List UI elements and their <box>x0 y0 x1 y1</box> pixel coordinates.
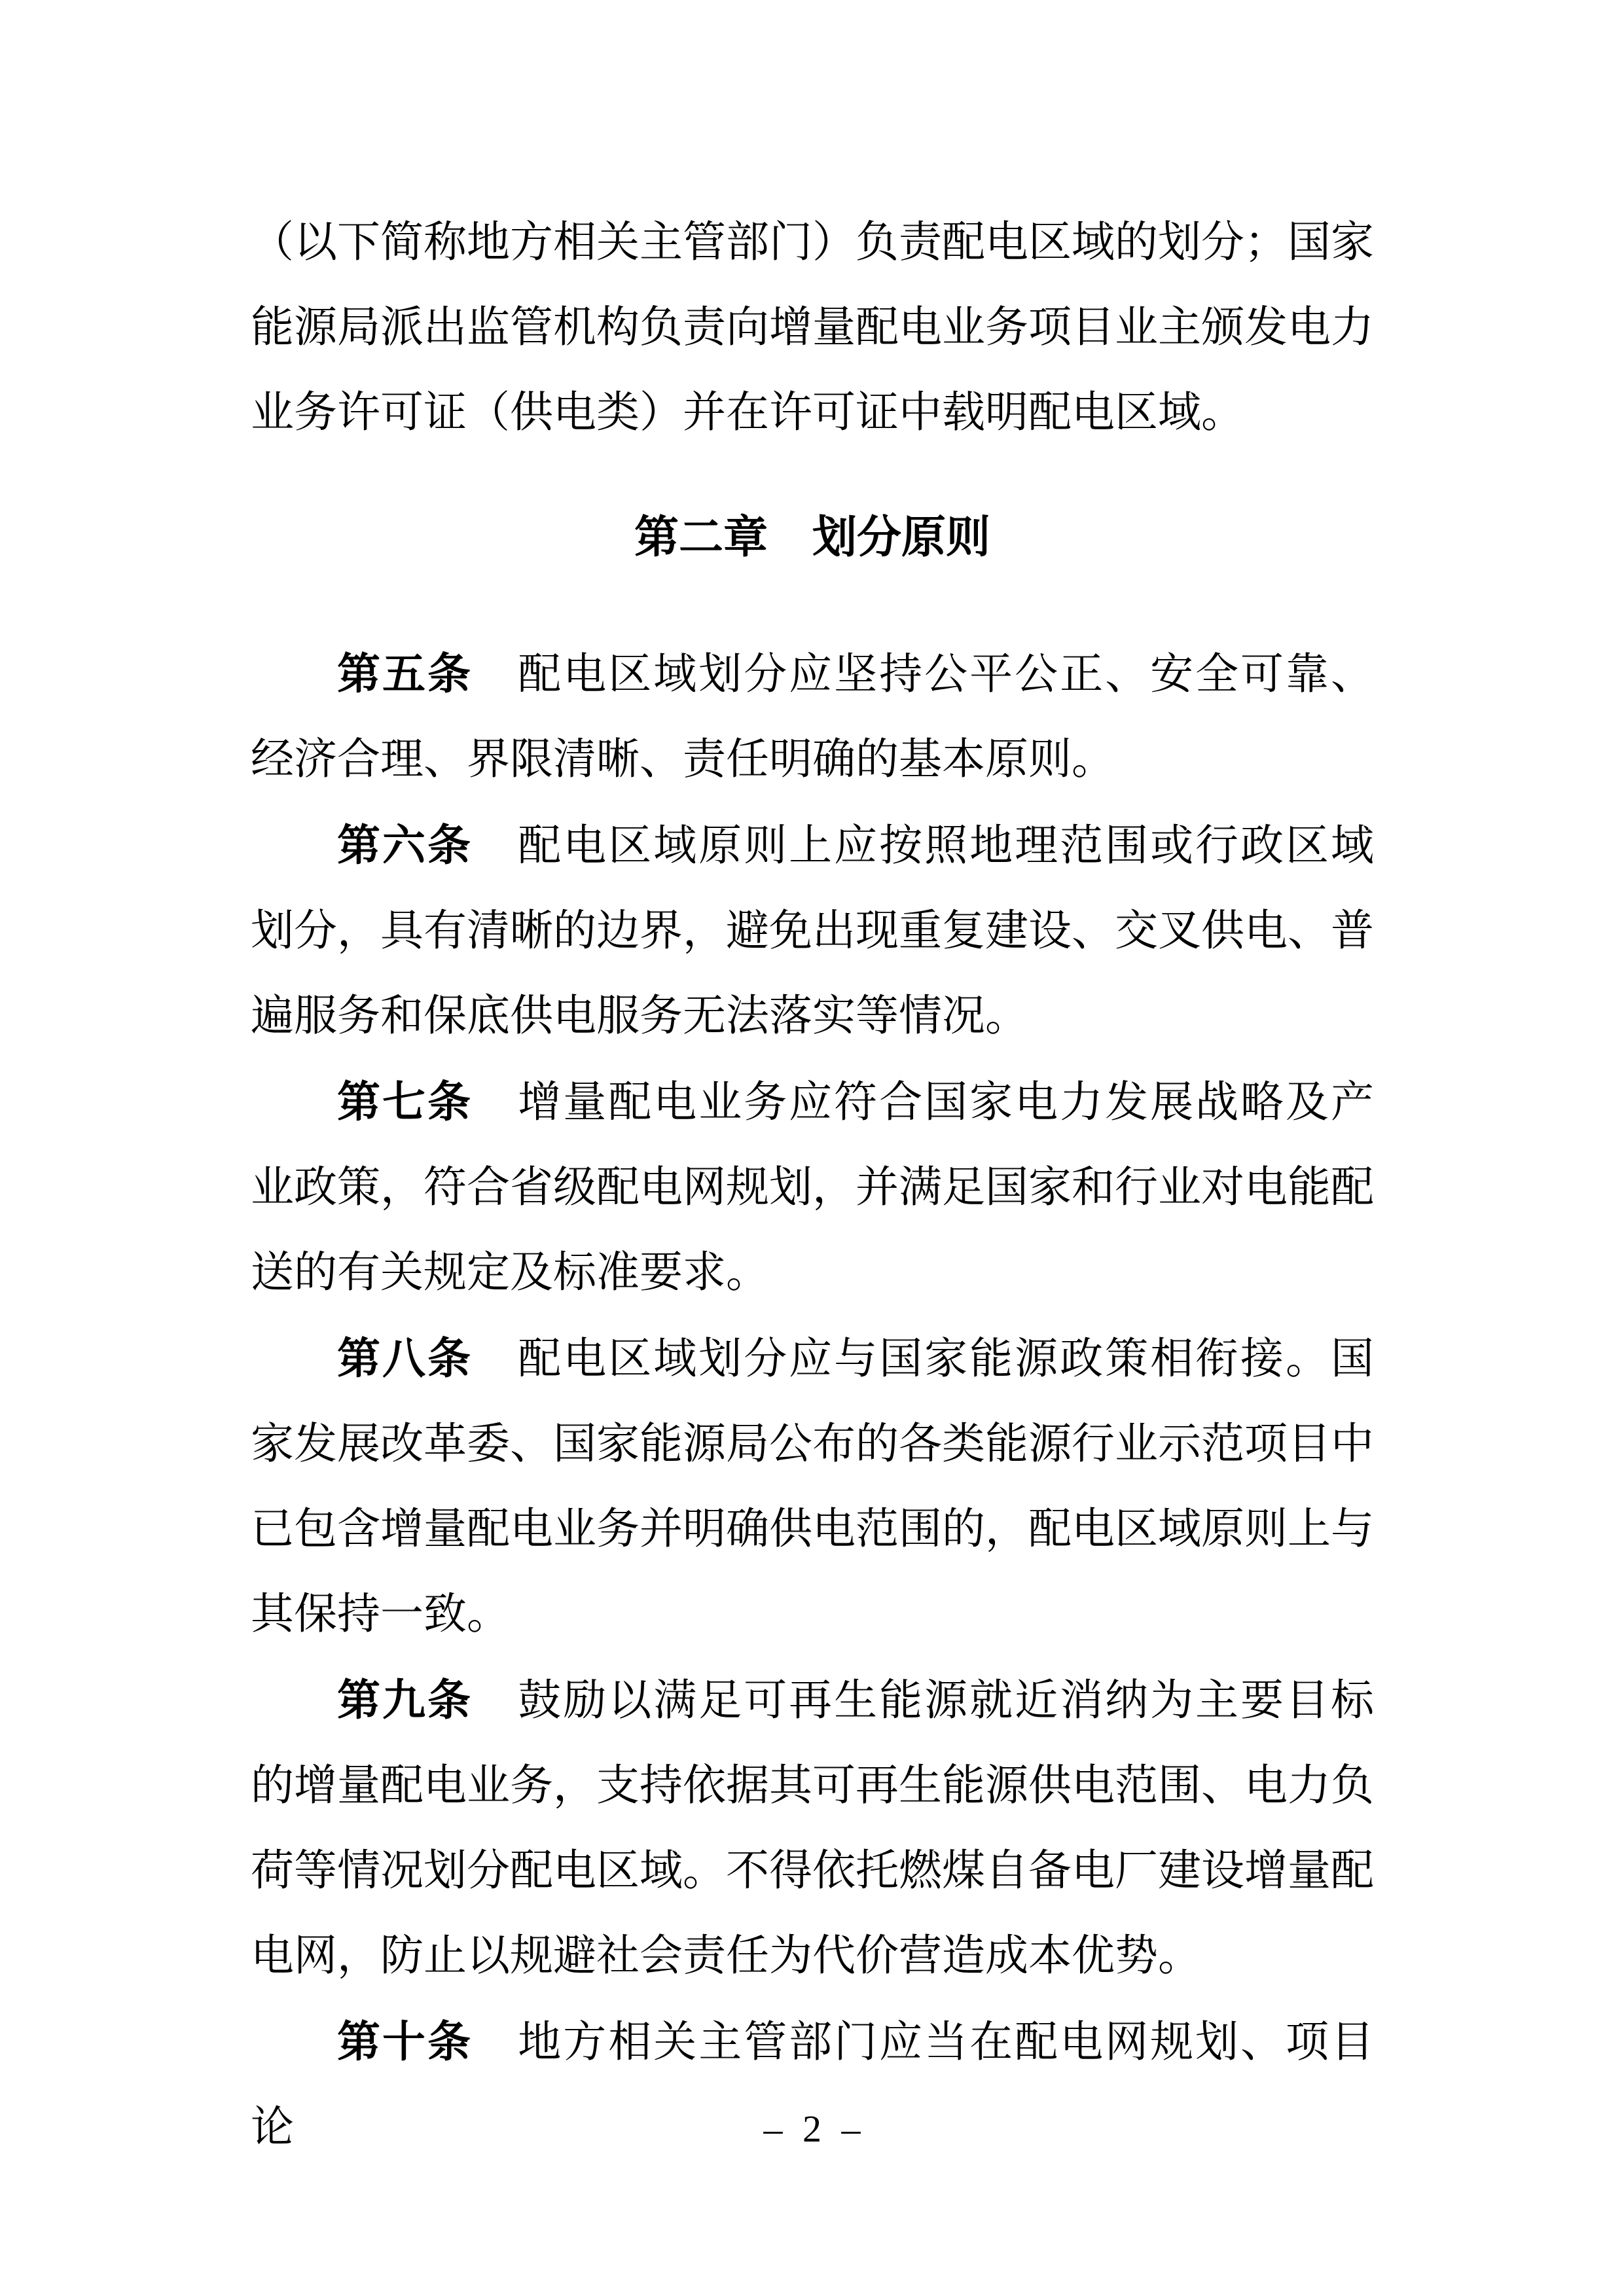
article-label: 第九条 <box>337 1676 473 1724</box>
article-paragraph: 第八条配电区域划分应与国家能源政策相衔接。国家发展改革委、国家能源局公布的各类能… <box>251 1316 1374 1657</box>
page-footer: – 2 – <box>0 2106 1624 2152</box>
article-paragraph: 第六条配电区域原则上应按照地理范围或行政区域划分，具有清晰的边界，避免出现重复建… <box>251 802 1374 1059</box>
intro-paragraph: （以下简称地方相关主管部门）负责配电区域的划分；国家能源局派出监管机构负责向增量… <box>251 200 1374 456</box>
document-content: （以下简称地方相关主管部门）负责配电区域的划分；国家能源局派出监管机构负责向增量… <box>251 200 1374 2170</box>
article-paragraph: 第七条增量配电业务应符合国家电力发展战略及产业政策，符合省级配电网规划，并满足国… <box>251 1059 1374 1316</box>
article-label: 第十条 <box>337 2017 473 2066</box>
article-label: 第七条 <box>337 1077 473 1126</box>
chapter-heading: 第二章 划分原则 <box>251 495 1374 580</box>
document-page: （以下简称地方相关主管部门）负责配电区域的划分；国家能源局派出监管机构负责向增量… <box>0 0 1624 2296</box>
page-number: – 2 – <box>764 2108 861 2150</box>
article-label: 第六条 <box>337 821 473 869</box>
article-label: 第八条 <box>337 1334 473 1382</box>
article-paragraph: 第九条鼓励以满足可再生能源就近消纳为主要目标的增量配电业务，支持依据其可再生能源… <box>251 1657 1374 1999</box>
article-paragraph: 第五条配电区域划分应坚持公平公正、安全可靠、经济合理、界限清晰、责任明确的基本原… <box>251 631 1374 802</box>
article-label: 第五条 <box>337 649 473 698</box>
intro-paragraph-text: （以下简称地方相关主管部门）负责配电区域的划分；国家能源局派出监管机构负责向增量… <box>251 219 1374 437</box>
